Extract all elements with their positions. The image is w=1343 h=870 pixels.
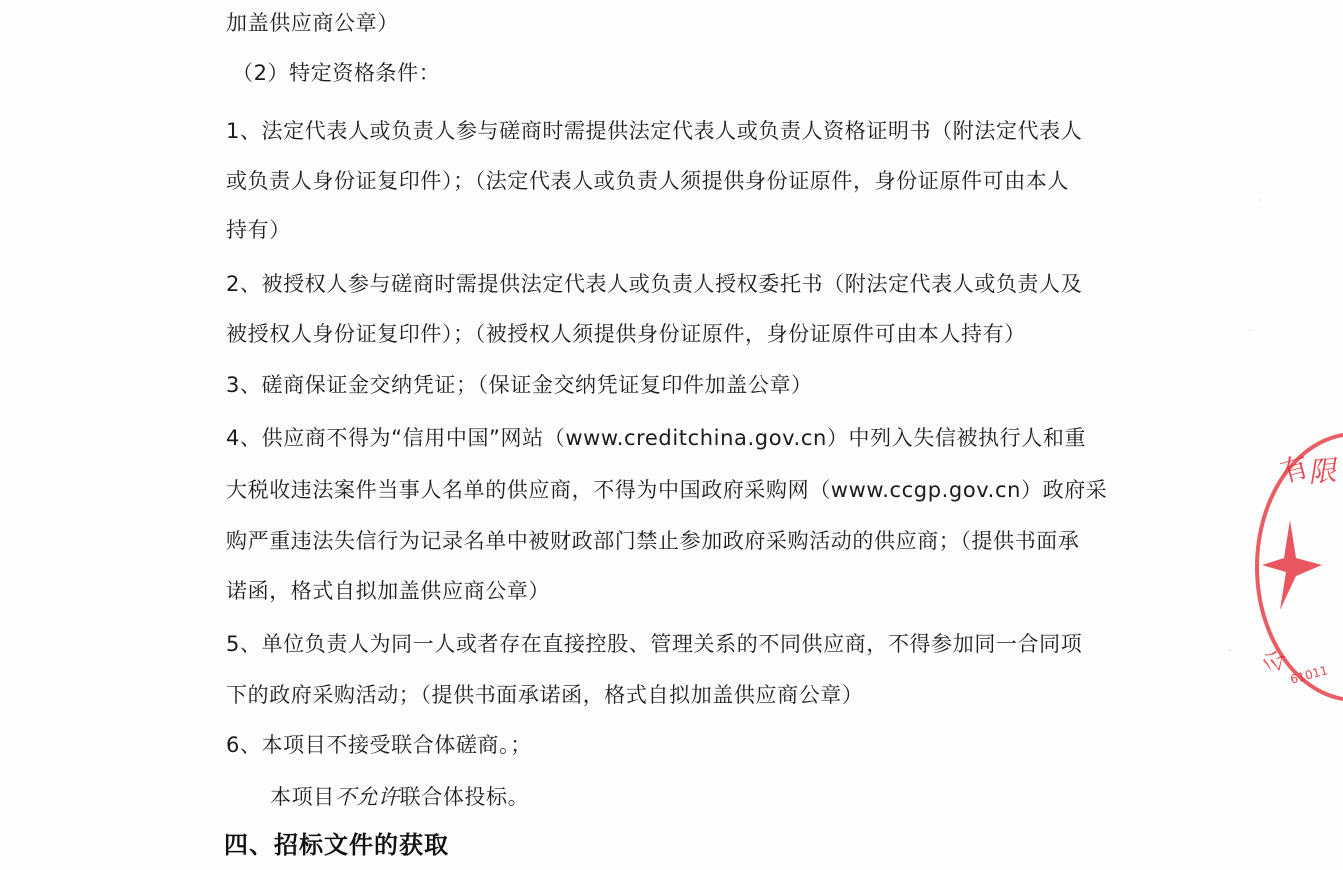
requirement-5-line-1: 5、单位负责人为同一人或者存在直接控股、管理关系的不同供应商，不得参加同一合同项 bbox=[226, 631, 1082, 657]
note-prefix: 本项目 bbox=[270, 785, 335, 809]
requirement-2-line-1: 2、被授权人参与磋商时需提供法定代表人或负责人授权委托书（附法定代表人或负责人及 bbox=[226, 271, 1082, 297]
seal-star-icon bbox=[1262, 520, 1322, 610]
scanned-page: 加盖供应商公章） （2）特定资格条件： 1、法定代表人或负责人参与磋商时需提供法… bbox=[0, 0, 1343, 870]
requirement-4-line-2: 大税收违法案件当事人名单的供应商，不得为中国政府采购网（www.ccgp.gov… bbox=[226, 477, 1107, 503]
note-suffix: 联合体投标。 bbox=[400, 785, 530, 809]
requirement-3: 3、磋商保证金交纳凭证；（保证金交纳凭证复印件加盖公章） bbox=[226, 372, 813, 398]
requirement-4-line-1: 4、供应商不得为“信用中国”网站（www.creditchina.gov.cn）… bbox=[226, 425, 1086, 451]
requirement-1-line-3: 持有） bbox=[226, 217, 291, 243]
note-emphasis: 不允许 bbox=[335, 785, 400, 809]
requirement-5-line-2: 下的政府采购活动；（提供书面承诺函，格式自拟加盖供应商公章） bbox=[226, 682, 864, 708]
text-line-continuation: 加盖供应商公章） bbox=[226, 10, 399, 36]
requirement-1-line-2: 或负责人身份证复印件）；（法定代表人或负责人须提供身份证原件，身份证原件可由本人 bbox=[226, 168, 1069, 194]
requirement-4-line-3: 购严重违法失信行为记录名单中被财政部门禁止参加政府采购活动的供应商；（提供书面承 bbox=[226, 528, 1080, 554]
consortium-note: 本项目不允许联合体投标。 bbox=[270, 784, 529, 810]
requirement-2-line-2: 被授权人身份证复印件）；（被授权人须提供身份证原件，身份证原件可由本人持有） bbox=[226, 321, 1026, 347]
seal-char: 限 bbox=[1306, 449, 1337, 491]
requirement-1-line-1: 1、法定代表人或负责人参与磋商时需提供法定代表人或负责人资格证明书（附法定代表人 bbox=[226, 118, 1082, 144]
requirement-6: 6、本项目不接受联合体磋商。； bbox=[226, 732, 532, 758]
subsection-specific-qualifications: （2）特定资格条件： bbox=[232, 60, 440, 86]
section-heading: 四、招标文件的获取 bbox=[224, 830, 449, 860]
requirement-4-line-4: 诺函，格式自拟加盖供应商公章） bbox=[226, 578, 550, 604]
